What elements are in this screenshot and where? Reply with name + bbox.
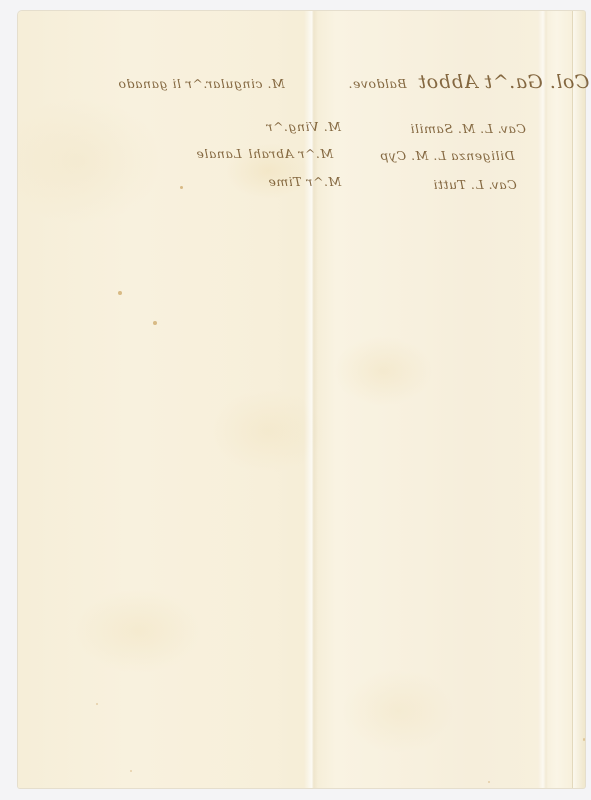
handwriting-line: M.^r Time xyxy=(268,174,341,189)
foxing-spot xyxy=(118,291,122,295)
handwriting-line: Baldove. xyxy=(348,76,407,91)
handwriting-line: Cav. L. M. Samili xyxy=(410,121,526,136)
handwriting-line: M. cingular.^r li ganado xyxy=(118,76,285,91)
foxing-spot xyxy=(96,703,98,705)
foxing-spot xyxy=(153,321,157,325)
handwriting-line: Cav. L. Tutti xyxy=(433,177,517,192)
manuscript-sheet: Col. Ga.^t Abbot Cav. L. M. Samili Dilig… xyxy=(18,11,585,788)
handwriting-line: M. Ving.^r xyxy=(266,119,341,134)
foxing-spot xyxy=(130,770,132,772)
handwriting-line: Lanale xyxy=(196,146,242,161)
foxing-spot xyxy=(488,781,490,783)
handwriting-line: Col. Ga.^t Abbot xyxy=(418,71,589,93)
right-fold-crease xyxy=(538,11,548,788)
handwriting-line: M.^r Abrahl xyxy=(248,146,333,161)
scan-background: Col. Ga.^t Abbot Cav. L. M. Samili Dilig… xyxy=(0,0,591,800)
handwriting-line: Diligenza L. M. Cyp xyxy=(380,148,515,163)
right-paper-edge xyxy=(572,11,585,788)
foxing-spot xyxy=(180,186,183,189)
foxing-spot xyxy=(583,738,585,741)
